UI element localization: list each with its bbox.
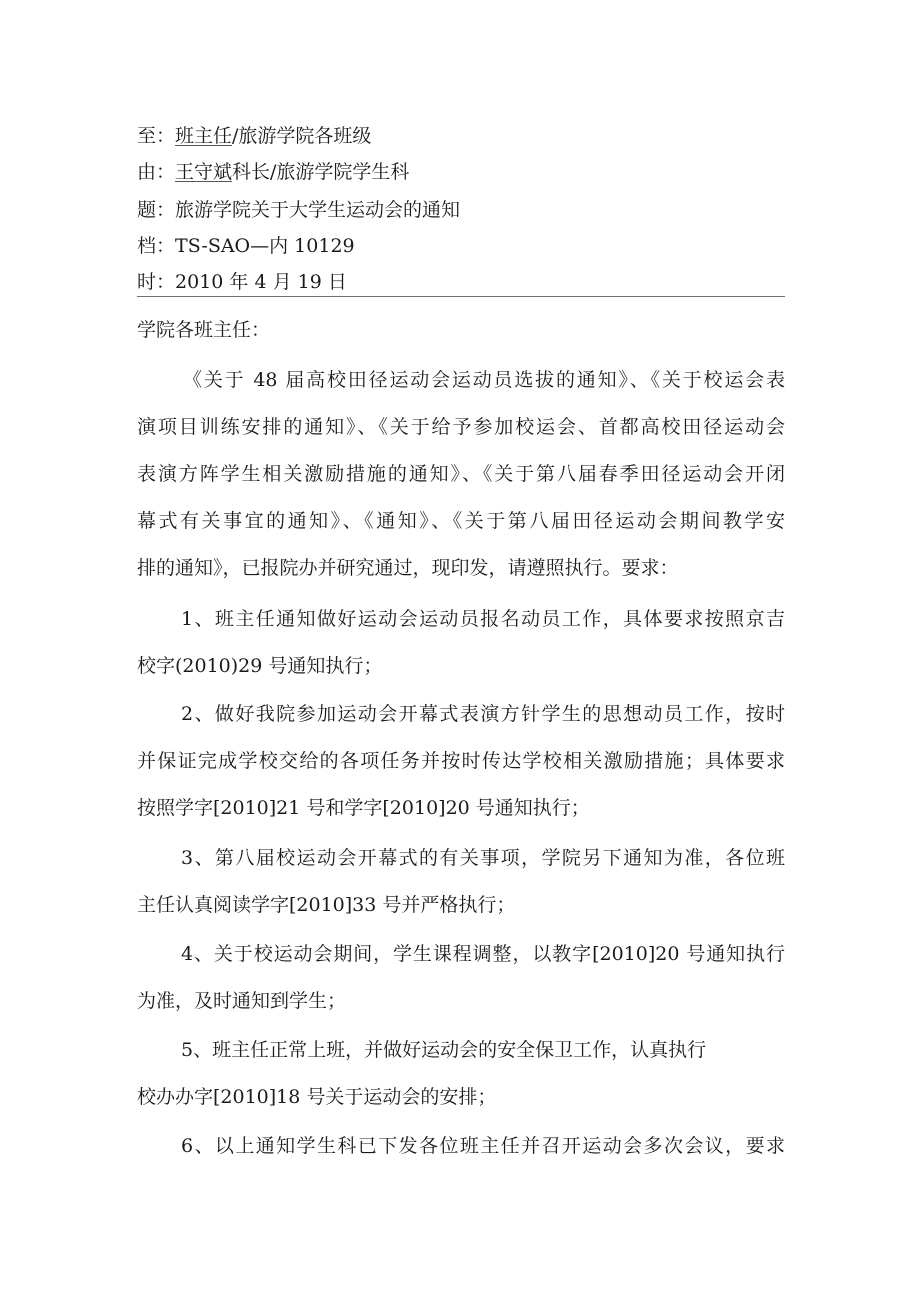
header-from-rest: 科长/旅游学院学生科 (232, 161, 409, 183)
intro-line: 《关于 48 届高校田径运动会运动员选拔的通知》、《关于校运会表 (183, 368, 785, 392)
item-4-line: 4、关于校运动会期间，学生课程调整，以教字[2010]20 号通知执行 (181, 942, 785, 966)
intro-line: 演项目训练安排的通知》、《关于给予参加校运会、首都高校田径运动会 (137, 415, 785, 439)
header-file-text: TS-SAO—内 10129 (175, 235, 355, 257)
header-subject-label: 题： (137, 199, 175, 221)
header-to-rest: /旅游学院各班级 (232, 125, 371, 147)
header-file-label: 档： (137, 235, 175, 257)
item-1-line: 校字(2010)29 号通知执行； (137, 654, 785, 678)
intro-line: 幕式有关事宜的通知》、《通知》、《关于第八届田径运动会期间教学安 (137, 509, 785, 533)
item-5-line: 校办办字[2010]18 号关于运动会的安排； (137, 1085, 785, 1109)
header-date-text: 2010 年 4 月 19 日 (175, 271, 347, 293)
header-to-recipient: 班主任 (175, 125, 232, 147)
item-6-line: 6、以上通知学生科已下发各位班主任并召开运动会多次会议，要求 (181, 1134, 785, 1158)
item-1-line: 1、班主任通知做好运动会运动员报名动员工作，具体要求按照京吉 (181, 607, 785, 631)
header-to: 至：班主任/旅游学院各班级 (137, 124, 371, 148)
item-3-line: 3、第八届校运动会开幕式的有关事项，学院另下通知为准，各位班 (181, 846, 785, 870)
item-2-line: 并保证完成学校交给的各项任务并按时传达学校相关激励措施；具体要求 (137, 749, 785, 773)
item-4-line: 为准，及时通知到学生； (137, 989, 785, 1013)
header-from: 由：王守斌科长/旅游学院学生科 (137, 160, 409, 184)
header-divider (137, 296, 785, 297)
item-3-line: 主任认真阅读学字[2010]33 号并严格执行； (137, 893, 785, 917)
header-date-label: 时： (137, 271, 175, 293)
salutation: 学院各班主任： (137, 318, 785, 342)
header-date: 时：2010 年 4 月 19 日 (137, 270, 347, 294)
header-from-sender: 王守斌 (175, 161, 232, 183)
intro-line: 表演方阵学生相关激励措施的通知》、《关于第八届春季田径运动会开闭 (137, 462, 785, 486)
item-2-line: 按照学字[2010]21 号和学字[2010]20 号通知执行； (137, 796, 785, 820)
header-to-label: 至： (137, 125, 175, 147)
header-from-label: 由： (137, 161, 175, 183)
header-file: 档：TS-SAO—内 10129 (137, 234, 355, 258)
item-2-line: 2、做好我院参加运动会开幕式表演方针学生的思想动员工作，按时 (181, 702, 785, 726)
header-subject: 题：旅游学院关于大学生运动会的通知 (137, 198, 460, 222)
item-5-line: 5、班主任正常上班，并做好运动会的安全保卫工作，认真执行 (181, 1038, 829, 1062)
header-subject-text: 旅游学院关于大学生运动会的通知 (175, 199, 460, 221)
intro-line: 排的通知》，已报院办并研究通过，现印发，请遵照执行。要求： (137, 556, 785, 580)
